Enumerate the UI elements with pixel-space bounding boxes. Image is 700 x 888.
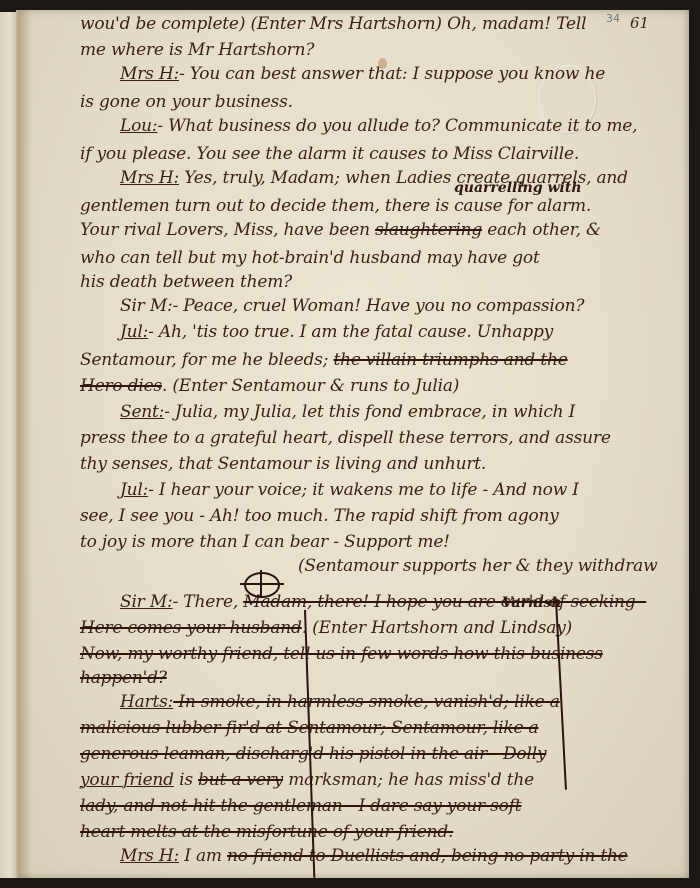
manuscript-line: thy senses, that Sentamour is living and… [80,454,486,474]
manuscript-line: see, I see you - Ah! too much. The rapid… [80,506,559,526]
manuscript-line: heart melts at the misfortune of your fr… [80,822,453,842]
manuscript-line: press thee to a grateful heart, dispell … [80,428,611,448]
manuscript-line: Mrs H:- You can best answer that: I supp… [120,64,605,84]
line-text: - You can best answer that: I suppose yo… [179,64,605,84]
speaker-label: Sir M: [120,592,173,612]
stage-direction: . (Enter Sentamour & runs to Julia) [162,376,459,396]
deleted-text: generous leaman, discharg'd his pistol i… [80,744,546,764]
speaker-label: Mrs H: [120,168,179,188]
stage-direction: complete [161,14,239,34]
line-text: is [174,770,198,790]
deleted-text: slaughtering [375,220,482,240]
deleted-text: the villain triumphs and the [333,350,567,370]
line-text: Oh, madam! Tell [447,14,586,34]
manuscript-line: generous leaman, discharg'd his pistol i… [80,744,546,764]
speaker-label: Jul: [120,480,148,500]
line-text: - Julia, my Julia, let this fond embrace… [164,402,575,422]
speaker-label: Harts: [120,692,173,712]
stage-direction: wou'd be [80,14,161,34]
manuscript-line: his death between them? [80,272,292,292]
previous-page-edge [0,12,17,878]
manuscript-line: is gone on your business. [80,92,293,112]
manuscript-line: to joy is more than I can bear - Support… [80,532,450,552]
line-text: - What business do you allude to? Commun… [157,116,637,136]
line-text: marksman; he has miss'd the [283,770,534,790]
manuscript-line: gentlemen turn out to decide them, there… [80,196,591,216]
speaker-label: Mrs H: [120,846,179,866]
speaker-label: Mrs H: [120,64,179,84]
stage-direction: ) (Enter Mrs Hartshorn) [239,14,447,34]
line-text: to joy is more than I can bear - Support… [80,532,450,552]
deleted-text: but a very [198,770,283,790]
line-text: is gone on your business. [80,92,293,112]
manuscript-line: Harts: In smoke, in harmless smoke, vani… [120,692,560,712]
line-text: Sentamour, for me he bleeds; [80,350,333,370]
line-text: - There, [173,592,244,612]
manuscript-line: Jul:- I hear your voice; it wakens me to… [120,480,579,500]
line-text: see, I see you - Ah! too much. The rapid… [80,506,559,526]
line-text: gentlemen turn out to decide them, there… [80,196,591,216]
manuscript-line: Your rival Lovers, Miss, have been slaug… [80,220,601,240]
manuscript-text: wou'd be complete) (Enter Mrs Hartshorn)… [18,10,689,878]
insertion-varnish: Varnish [502,595,562,611]
line-text: Sir M: [120,296,173,316]
manuscript-scan: 34 61 wou'd be complete) (Enter Mrs Hart… [0,0,700,888]
stage-direction: (Sentamour supports her & they withdraw [298,556,657,576]
manuscript-line: Lou:- What business do you allude to? Co… [120,116,637,136]
manuscript-line: Sentamour, for me he bleeds; the villain… [80,350,568,370]
speaker-label: your friend [80,770,174,790]
line-text: I am [179,846,227,866]
speaker-label: Lou: [120,116,157,136]
line-text: if you please. You see the alarm it caus… [80,144,579,164]
manuscript-line: me where is Mr Hartshorn? [80,40,314,60]
line-text: - Peace, cruel Woman! Have you no compas… [173,296,585,316]
manuscript-line: lady, and not hit the gentleman - I dare… [80,796,521,816]
deleted-text: Here comes your husband [80,618,302,638]
circle-cross-mark-icon [244,572,280,598]
speaker-label: Sent: [120,402,164,422]
line-text: his death between them? [80,272,292,292]
line-text: - Ah, 'tis too true. I am the fatal caus… [148,322,553,342]
speaker-label: Jul: [120,322,148,342]
manuscript-line: happen'd? [80,668,167,688]
line-text: thy senses, that Sentamour is living and… [80,454,486,474]
manuscript-line: (Sentamour supports her & they withdraw [298,556,657,576]
manuscript-line: your friend is but a very marksman; he h… [80,770,534,790]
insertion-quarrelling: quarrelling with [454,180,582,196]
manuscript-line: if you please. You see the alarm it caus… [80,144,579,164]
manuscript-line: Here comes your husband. (Enter Hartshor… [80,618,572,638]
manuscript-line: who can tell but my hot-brain'd husband … [80,248,540,268]
line-text: Your rival Lovers, Miss, have been [80,220,375,240]
stage-direction: . (Enter Hartshorn and Lindsay) [302,618,572,638]
manuscript-line: Sir M:- Peace, cruel Woman! Have you no … [120,296,584,316]
line-text: each other, & [482,220,601,240]
manuscript-line: Sent:- Julia, my Julia, let this fond em… [120,402,575,422]
manuscript-line: wou'd be complete) (Enter Mrs Hartshorn)… [80,14,586,34]
line-text: - I hear your voice; it wakens me to lif… [148,480,579,500]
line-text: who can tell but my hot-brain'd husband … [80,248,540,268]
deleted-text: heart melts at the misfortune of your fr… [80,822,453,842]
manuscript-page: 34 61 wou'd be complete) (Enter Mrs Hart… [16,10,689,878]
deleted-text: lady, and not hit the gentleman - I dare… [80,796,521,816]
deleted-text: no friend to Duellists and, being no par… [227,846,628,866]
manuscript-line: Jul:- Ah, 'tis too true. I am the fatal … [120,322,553,342]
line-text: me where is Mr Hartshorn? [80,40,314,60]
deleted-text: Now, my worthy friend, tell us in few wo… [80,644,603,664]
deleted-text: happen'd? [80,668,167,688]
manuscript-line: Now, my worthy friend, tell us in few wo… [80,644,603,664]
deleted-text: In smoke, in harmless smoke, vanish'd; l… [173,692,560,712]
line-text: press thee to a grateful heart, dispell … [80,428,611,448]
manuscript-line: Sir M:- There, Madam, there! I hope you … [120,592,646,612]
manuscript-line: Mrs H: I am no friend to Duellists and, … [120,846,628,866]
manuscript-line: Hero dies. (Enter Sentamour & runs to Ju… [80,376,459,396]
deleted-text: Hero dies [80,376,162,396]
